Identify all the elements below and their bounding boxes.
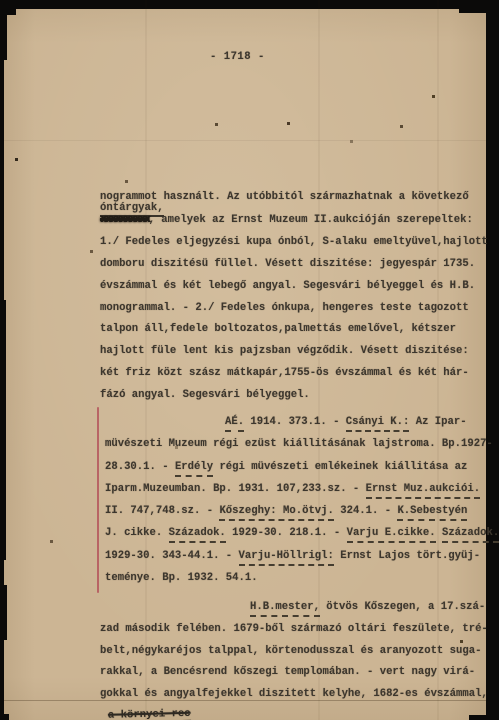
text-line: Iparm.Muzeumban. Bp. 1931. 107,233.sz. -… [105, 478, 499, 500]
text-segment: teménye. Bp. 1932. 54.1. [105, 572, 258, 584]
text-line: J. cikke. Századok. 1929-30. 218.1. - Va… [105, 522, 499, 544]
text-segment: hajlott füle lent kis pajzsban végződik.… [100, 345, 469, 357]
text-segment: ötvös Kőszegen, a 17.szá- [320, 601, 485, 613]
text-line: 1929-30. 343-44.1. - Varju-Höllrigl: Ern… [105, 545, 499, 567]
paper-crease-horizontal [4, 140, 486, 141]
text-line: rakkal, a Bencésrend kőszegi templomában… [100, 662, 488, 684]
text-segment: Varju E.cikke. [347, 527, 436, 543]
paper-specks [15, 158, 18, 161]
text-segment: monogrammal. - 2./ Fedeles ónkupa, henge… [100, 302, 469, 314]
text-line: belt,négykaréjos talppal, körtenodusszal… [100, 641, 488, 663]
text-segment: xxxxxxxxxx [100, 214, 149, 226]
text-line: xxxxxxxxxx, amelyek az Ernst Muzeum II.a… [100, 210, 488, 232]
text-segment: , amelyek az Ernst Muzeum II.aukcióján s… [149, 214, 473, 226]
text-segment: a környei [108, 708, 172, 720]
paragraph-catalog-entries: xxxxxxxxxx, amelyek az Ernst Muzeum II.a… [100, 210, 488, 407]
text-line: AÉ. 1914. 373.1. - Csányi K.: Az Ipar- [105, 411, 499, 433]
text-segment: Századok. [442, 527, 499, 543]
text-segment: Iparm.Muzeumban. Bp. 1931. 107,233.sz. - [105, 483, 366, 495]
text-segment: Ernst Muz.aukciói. [366, 483, 480, 499]
text-segment [436, 527, 442, 539]
text-line: hajlott füle lent kis pajzsban végződik.… [100, 341, 488, 363]
paragraph-bibliography: AÉ. 1914. 373.1. - Csányi K.: Az Ipar-mü… [105, 411, 499, 589]
text-line: domboru diszitésü füllel. Vésett diszité… [100, 254, 488, 276]
text-segment: 1914. 373.1. - [244, 416, 346, 428]
text-segment: 28.30.1. - [105, 461, 175, 473]
scanned-document-page: - 1718 - nogrammot használt. Az utóbbitó… [0, 0, 499, 720]
text-segment: belt,négykaréjos talppal, körtenodusszal… [100, 645, 481, 657]
text-segment: Századok. [169, 527, 226, 543]
scan-edge-bottom-left [0, 714, 9, 720]
text-segment: 1929-30. 343-44.1. - [105, 550, 239, 562]
text-segment: 324.1. - [334, 505, 398, 517]
scan-edge-left-segment [0, 300, 6, 560]
text-segment: Varju-Höllrigl: [239, 550, 334, 566]
text-segment: rec [171, 708, 190, 720]
text-line: 1./ Fedeles eljegyzési kupa ónból, S-ala… [100, 232, 488, 254]
text-segment: talpon áll,fedele boltozatos,palmettás e… [100, 323, 456, 335]
text-segment: 1./ Fedeles eljegyzési kupa ónból, S-ala… [100, 236, 488, 248]
text-line: két friz közt szász mátkapár,1755-ös évs… [100, 363, 488, 385]
text-segment: rakkal, a Bencésrend kőszegi templomában… [100, 666, 475, 678]
red-margin-line [97, 407, 99, 593]
text-segment: AÉ. [225, 416, 244, 432]
text-line: monogrammal. - 2./ Fedeles ónkupa, henge… [100, 298, 488, 320]
text-segment: H.B.mester, [250, 601, 320, 617]
text-segment: J. cikke. [105, 527, 169, 539]
text-segment: domboru diszitésü füllel. Vésett diszité… [100, 258, 475, 270]
scan-edge-top [0, 0, 499, 9]
text-segment: II. 747,748.sz. - [105, 505, 219, 517]
text-line: fázó angyal. Segesvári bélyeggel. [100, 385, 488, 407]
text-line: H.B.mester, ötvös Kőszegen, a 17.szá- [100, 597, 488, 619]
text-segment: évszámmal és két lebegő angyal. Segesvár… [100, 280, 475, 292]
text-segment: K.Sebestyén [397, 505, 467, 521]
text-line: II. 747,748.sz. - Kőszeghy: Mo.ötvj. 324… [105, 500, 499, 522]
scan-edge-left-segment [0, 0, 7, 60]
scan-edge-right [486, 0, 499, 720]
text-segment: müvészeti Muzeum régi ezüst kiállitásána… [105, 438, 493, 450]
text-segment: régi müvészeti emlékeinek kiállitása az [213, 461, 467, 473]
text-segment: fázó angyal. Segesvári bélyeggel. [100, 389, 310, 401]
text-line: 28.30.1. - Erdély régi müvészeti emlékei… [105, 456, 499, 478]
text-segment: Az Ipar- [409, 416, 466, 428]
text-line: teménye. Bp. 1932. 54.1. [105, 567, 499, 589]
scan-edge-left-segment [0, 585, 7, 640]
page-number: - 1718 - [210, 51, 265, 63]
text-line: talpon áll,fedele boltozatos,palmettás e… [100, 319, 488, 341]
text-segment: Erdély [175, 461, 213, 477]
text-segment: Csányi K.: [346, 416, 410, 432]
paragraph-hb-master: H.B.mester, ötvös Kőszegen, a 17.szá-zad… [100, 597, 488, 720]
text-segment: Ernst Lajos tört.gyüj- [334, 550, 480, 562]
text-segment: zad második felében. 1679-ből származó o… [100, 623, 488, 635]
text-segment: két friz közt szász mátkapár,1755-ös évs… [100, 367, 469, 379]
text-line: zad második felében. 1679-ből származó o… [100, 619, 488, 641]
text-line: évszámmal és két lebegő angyal. Segesvár… [100, 276, 488, 298]
text-segment: Kőszeghy: Mo.ötvj. [219, 505, 333, 521]
text-line: müvészeti Muzeum régi ezüst kiállitásána… [105, 433, 499, 455]
text-segment: 1929-30. 218.1. - [226, 527, 347, 539]
